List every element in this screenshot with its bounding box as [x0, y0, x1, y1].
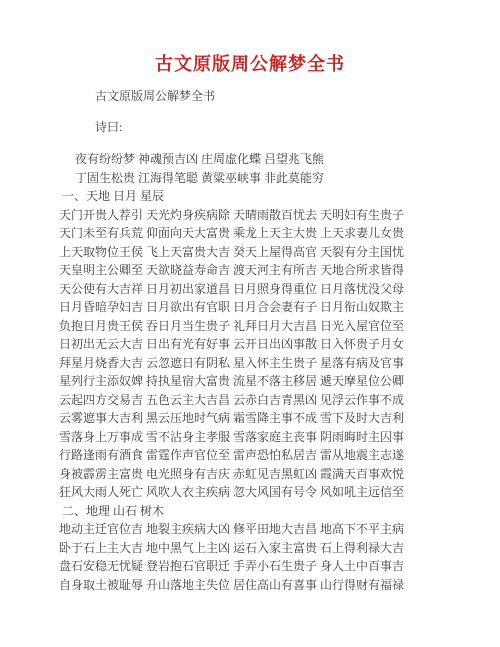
- omen-line: 狂风大雨人死亡 风吹人衣主疾病 忽大风国有号令 风如吼主远信至: [59, 483, 500, 502]
- omen-line: 日初出无云大吉 日出有光有好事 云开日出凶事散 日入怀贵子月女: [59, 335, 500, 354]
- omen-line: 拜星月烧香大吉 云忽遮日有阴私 星入怀主生贵子 星落有病及官事: [59, 354, 500, 373]
- omen-line: 身被霹雳主富贵 电光照身有吉庆 赤虹见吉黑虹凶 霞满天百事欢悦: [59, 465, 500, 484]
- omen-line: 云起四方交易吉 五色云主大吉昌 云赤白吉青黑凶 见浮云作事不成: [59, 391, 500, 410]
- section-heading: 一、天地 日月 星辰: [62, 187, 500, 206]
- omen-line: 天门未至有兵荒 仰面向天大富贵 乘龙上天主大贵 上天求妻儿女贵: [59, 224, 500, 243]
- document-page: 古文原版周公解梦全书 古文原版周公解梦全书 诗曰: 夜有纷纷梦 神魂预吉凶 庄周…: [0, 0, 500, 647]
- omen-line: 负抱日月贵王侯 吞日月当生贵子 礼拜日月大吉昌 日光入屋官位至: [59, 317, 500, 336]
- section-earth: 二、地理 山石 树木 地动主迁官位吉 地裂主疾病大凶 修平田地大吉昌 地高下不平…: [0, 502, 500, 595]
- poem-line: 丁固生松贵 江海得笔聪 黄粱巫峡事 非此莫能穷: [75, 169, 500, 188]
- omen-line: 盘石安稳无忧疑 登岩抱石官职迁 手弄小石生贵子 身人土中百事吉: [59, 557, 500, 576]
- poem-label: 诗曰:: [95, 120, 500, 134]
- document-title: 古文原版周公解梦全书: [0, 54, 500, 74]
- omen-line: 行路逢雨有酒食 雷霆作声官位至 雷声恐怕私居吉 雷从地震主志遂: [59, 446, 500, 465]
- omen-line: 星列行主添奴婢 持执星宿大富贵 流星不落主移居 遞天摩星位公卿: [59, 372, 500, 391]
- omen-line: 天门开贵人荐引 天光灼身疾病除 天晴雨散百忧去 天明妇有生贵子: [59, 206, 500, 225]
- document-subtitle: 古文原版周公解梦全书: [95, 89, 500, 103]
- omen-line: 上天取物位王侯 飞上天富贵大吉 癸天上屋得高官 天裂有分主国忧: [59, 243, 500, 262]
- omen-line: 天皇明主公卿至 天欲晓益寿命吉 渡天河主有所吉 天地合所求皆得: [59, 261, 500, 280]
- poem-line: 夜有纷纷梦 神魂预吉凶 庄周虚化蝶 吕望兆飞熊: [75, 150, 500, 169]
- poem-block: 夜有纷纷梦 神魂预吉凶 庄周虚化蝶 吕望兆飞熊 丁固生松贵 江海得笔聪 黄粱巫峡…: [0, 150, 500, 187]
- omen-line: 自身取土被耻辱 升山落地主失位 居住高山有喜事 山行得财有福禄: [59, 576, 500, 595]
- section-heading: 二、地理 山石 树木: [62, 502, 500, 521]
- omen-line: 天公使有大吉祥 日月初出家道昌 日月照身得重位 日月落忧没父母: [59, 280, 500, 299]
- omen-line: 地动主迁官位吉 地裂主疾病大凶 修平田地大吉昌 地高下不平主病: [59, 520, 500, 539]
- omen-line: 云雾遮事大吉利 黑云压地时气病 霜雪降主事不成 雪下及时大吉利: [59, 409, 500, 428]
- section-heaven: 一、天地 日月 星辰 天门开贵人荐引 天光灼身疾病除 天晴雨散百忧去 天明妇有生…: [0, 187, 500, 502]
- omen-line: 卧于石上主大吉 地中黑气上主凶 运石入家主富贵 石上得利禄大吉: [59, 539, 500, 558]
- omen-line: 雪落身上万事成 雪不沾身主孝服 雪落家庭主丧事 阴雨晦时主囚事: [59, 428, 500, 447]
- omen-line: 日月昏暗孕妇吉 日月欲出有官职 日月合会妻有子 日月衔山奴欺主: [59, 298, 500, 317]
